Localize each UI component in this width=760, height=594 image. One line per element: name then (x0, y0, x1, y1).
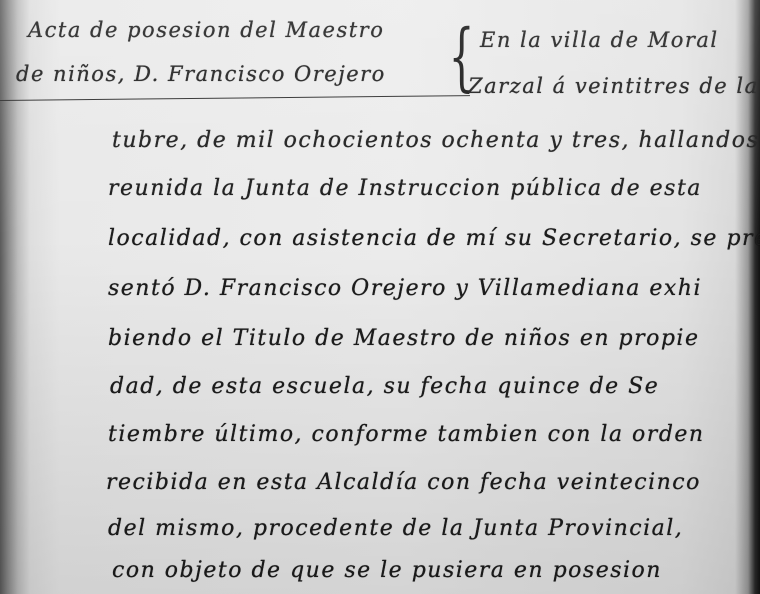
margin-rule-divider (0, 95, 470, 101)
opening-right-line-2: Zarzal á veintitres de la (468, 74, 759, 98)
body-line-4: sentó D. Francisco Orejero y Villamedian… (108, 276, 702, 301)
body-line-8: recibida en esta Alcaldía con fecha vein… (106, 470, 701, 495)
margin-heading-line-2: de niños, D. Francisco Orejero (16, 62, 386, 86)
body-line-1: tubre, de mil ochocientos ochenta y tres… (112, 128, 760, 153)
body-line-10: con objeto de que se le pusiera en poses… (112, 558, 662, 583)
body-line-6: dad, de esta escuela, su fecha quince de… (110, 374, 659, 399)
manuscript-page: { Acta de posesion del Maestro de niños,… (0, 0, 760, 594)
body-line-5: biendo el Titulo de Maestro de niños en … (108, 326, 699, 351)
margin-heading-line-1: Acta de posesion del Maestro (28, 18, 384, 42)
body-line-7: tiembre último, conforme tambien con la … (108, 422, 705, 447)
body-line-9: del mismo, procedente de la Junta Provin… (108, 516, 683, 541)
opening-right-line-1: En la villa de Moral (480, 28, 719, 52)
body-line-3: localidad, con asistencia de mí su Secre… (108, 226, 760, 251)
body-line-2: reunida la Junta de Instruccion pública … (108, 176, 702, 201)
